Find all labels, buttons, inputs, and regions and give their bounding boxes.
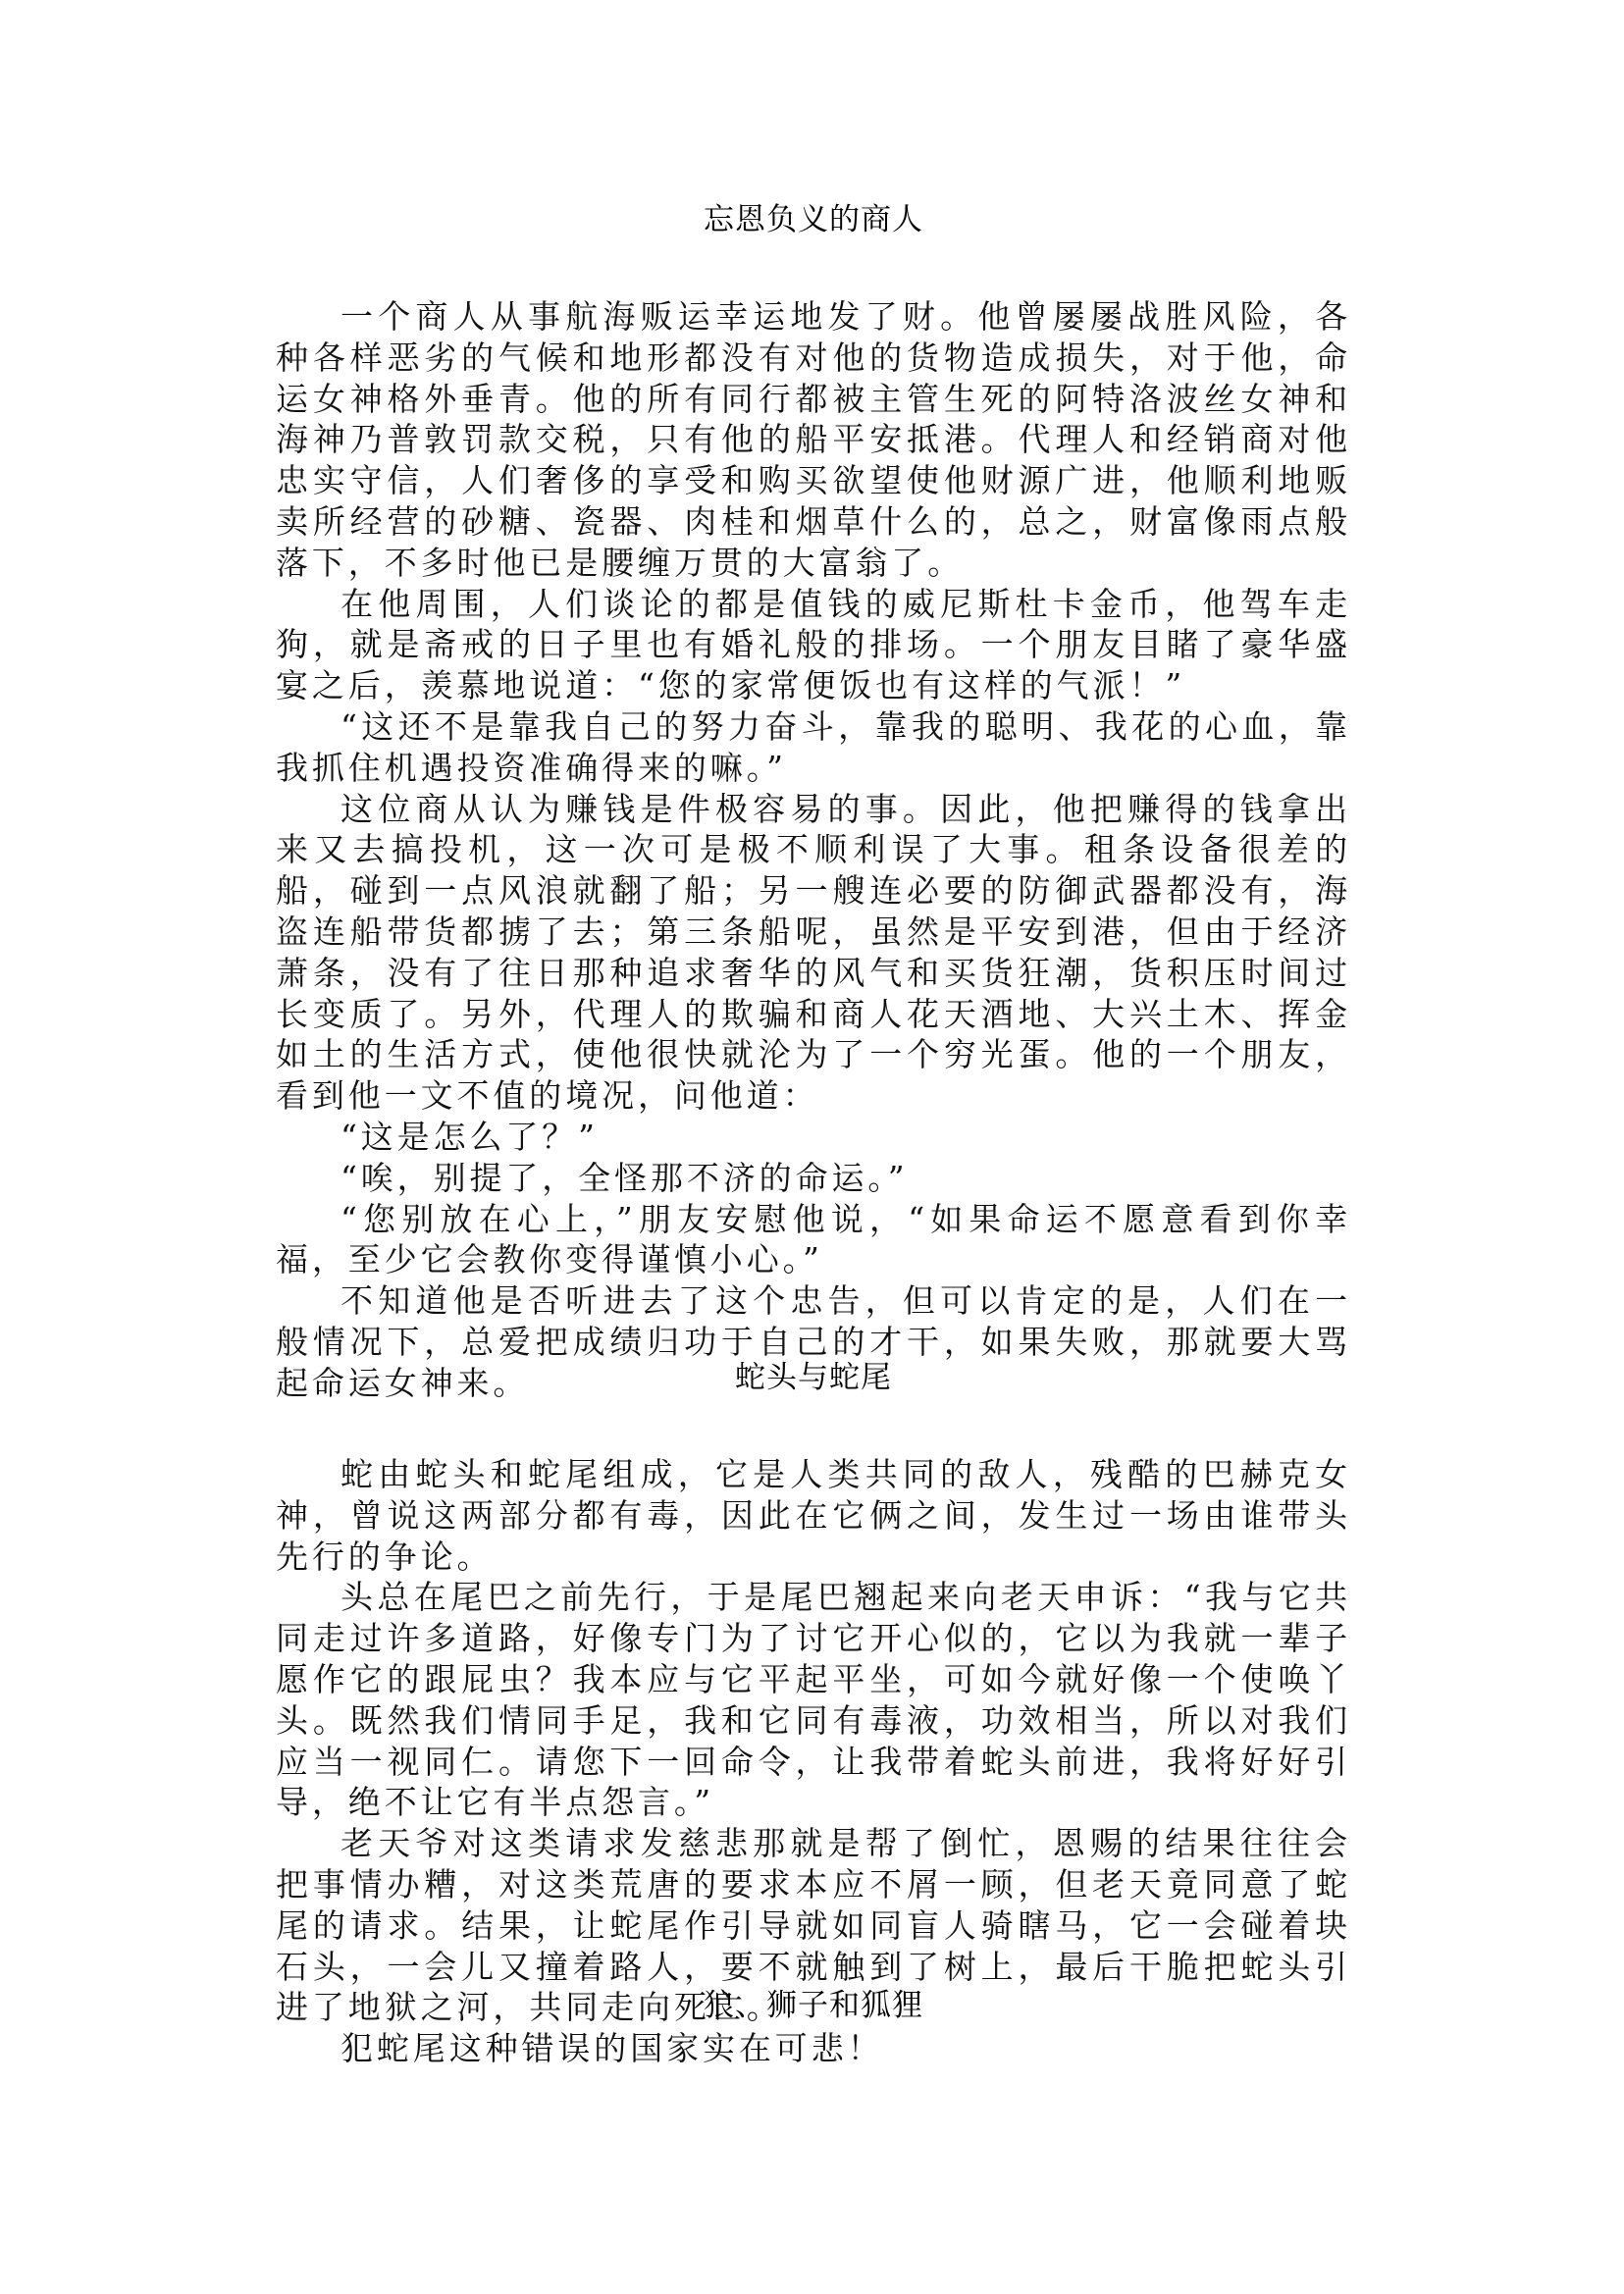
story-title: 蛇头与蛇尾: [276, 1354, 1351, 1401]
paragraph: “这是怎么了？”: [276, 1117, 1351, 1158]
story-title: 狼、狮子和狐狸: [276, 1982, 1351, 2029]
paragraph: 头总在尾巴之前先行，于是尾巴翘起来向老天申诉：“我与它共同走过许多道路，好像专门…: [276, 1577, 1351, 1823]
paragraph: 犯蛇尾这种错误的国家实在可悲！: [276, 2028, 1351, 2069]
title-spacer: [276, 1401, 1351, 1454]
story-snake-head-and-tail: 蛇头与蛇尾 蛇由蛇头和蛇尾组成，它是人类共同的敌人，残酷的巴赫克女神，曾说这两部…: [276, 1354, 1351, 2069]
paragraph: “唉，别提了，全怪那不济的命运。”: [276, 1158, 1351, 1199]
paragraph: 在他周围，人们谈论的都是值钱的威尼斯杜卡金币，他驾车走狗，就是斋戒的日子里也有婚…: [276, 584, 1351, 706]
story-ungrateful-merchant: 忘恩负义的商人 一个商人从事航海贩运幸运地发了财。他曾屡屡战胜风险，各种各样恶劣…: [276, 196, 1351, 1404]
story-title: 忘恩负义的商人: [276, 196, 1351, 243]
title-spacer: [276, 243, 1351, 296]
paragraph: “这还不是靠我自己的努力奋斗，靠我的聪明、我花的心血，靠我抓住机遇投资准确得来的…: [276, 706, 1351, 789]
paragraph: “您别放在心上，”朋友安慰他说，“如果命运不愿意看到你幸福，至少它会教你变得谨慎…: [276, 1199, 1351, 1281]
story-wolf-lion-fox: 狼、狮子和狐狸: [276, 1982, 1351, 2029]
paragraph: 一个商人从事航海贩运幸运地发了财。他曾屡屡战胜风险，各种各样恶劣的气候和地形都没…: [276, 296, 1351, 584]
paragraph: 这位商从认为赚钱是件极容易的事。因此，他把赚得的钱拿出来又去搞投机，这一次可是极…: [276, 789, 1351, 1117]
paragraph: 蛇由蛇头和蛇尾组成，它是人类共同的敌人，残酷的巴赫克女神，曾说这两部分都有毒，因…: [276, 1454, 1351, 1577]
